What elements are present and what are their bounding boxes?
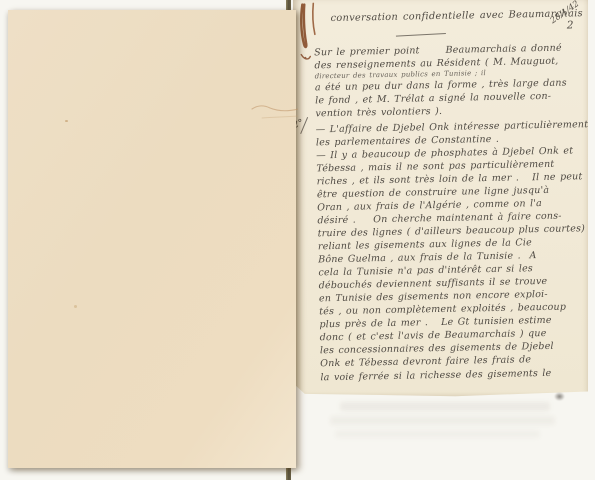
- bleed-through-area: [340, 402, 550, 411]
- manuscript-content: conversation confidentielle avec Beaumar…: [292, 0, 595, 398]
- bleed-through-area: [335, 430, 540, 438]
- smudge-mark: [554, 392, 565, 401]
- pencil-mark: [248, 96, 298, 122]
- scan-background: conversation confidentielle avec Beaumar…: [0, 0, 595, 480]
- blank-left-page: [8, 10, 296, 468]
- manuscript-paragraph-2: — L'affaire de Djebel Onk intéresse part…: [316, 118, 593, 384]
- paper-speck: [74, 305, 77, 308]
- scanned-document: { "colors": { "background": "#f7f6f1", "…: [0, 0, 595, 480]
- page-number: 2: [567, 19, 574, 31]
- manuscript-page: conversation confidentielle avec Beaumar…: [293, 0, 588, 397]
- title-underline: [396, 33, 446, 37]
- manuscript-title: conversation confidentielle avec Beaumar…: [330, 8, 570, 24]
- paper-speck: [65, 120, 68, 122]
- bleed-through-area: [330, 416, 555, 425]
- manuscript-body: Sur le premier point Beaumarchais a donn…: [314, 41, 592, 384]
- manuscript-paragraph-1: Sur le premier point Beaumarchais a donn…: [314, 41, 587, 120]
